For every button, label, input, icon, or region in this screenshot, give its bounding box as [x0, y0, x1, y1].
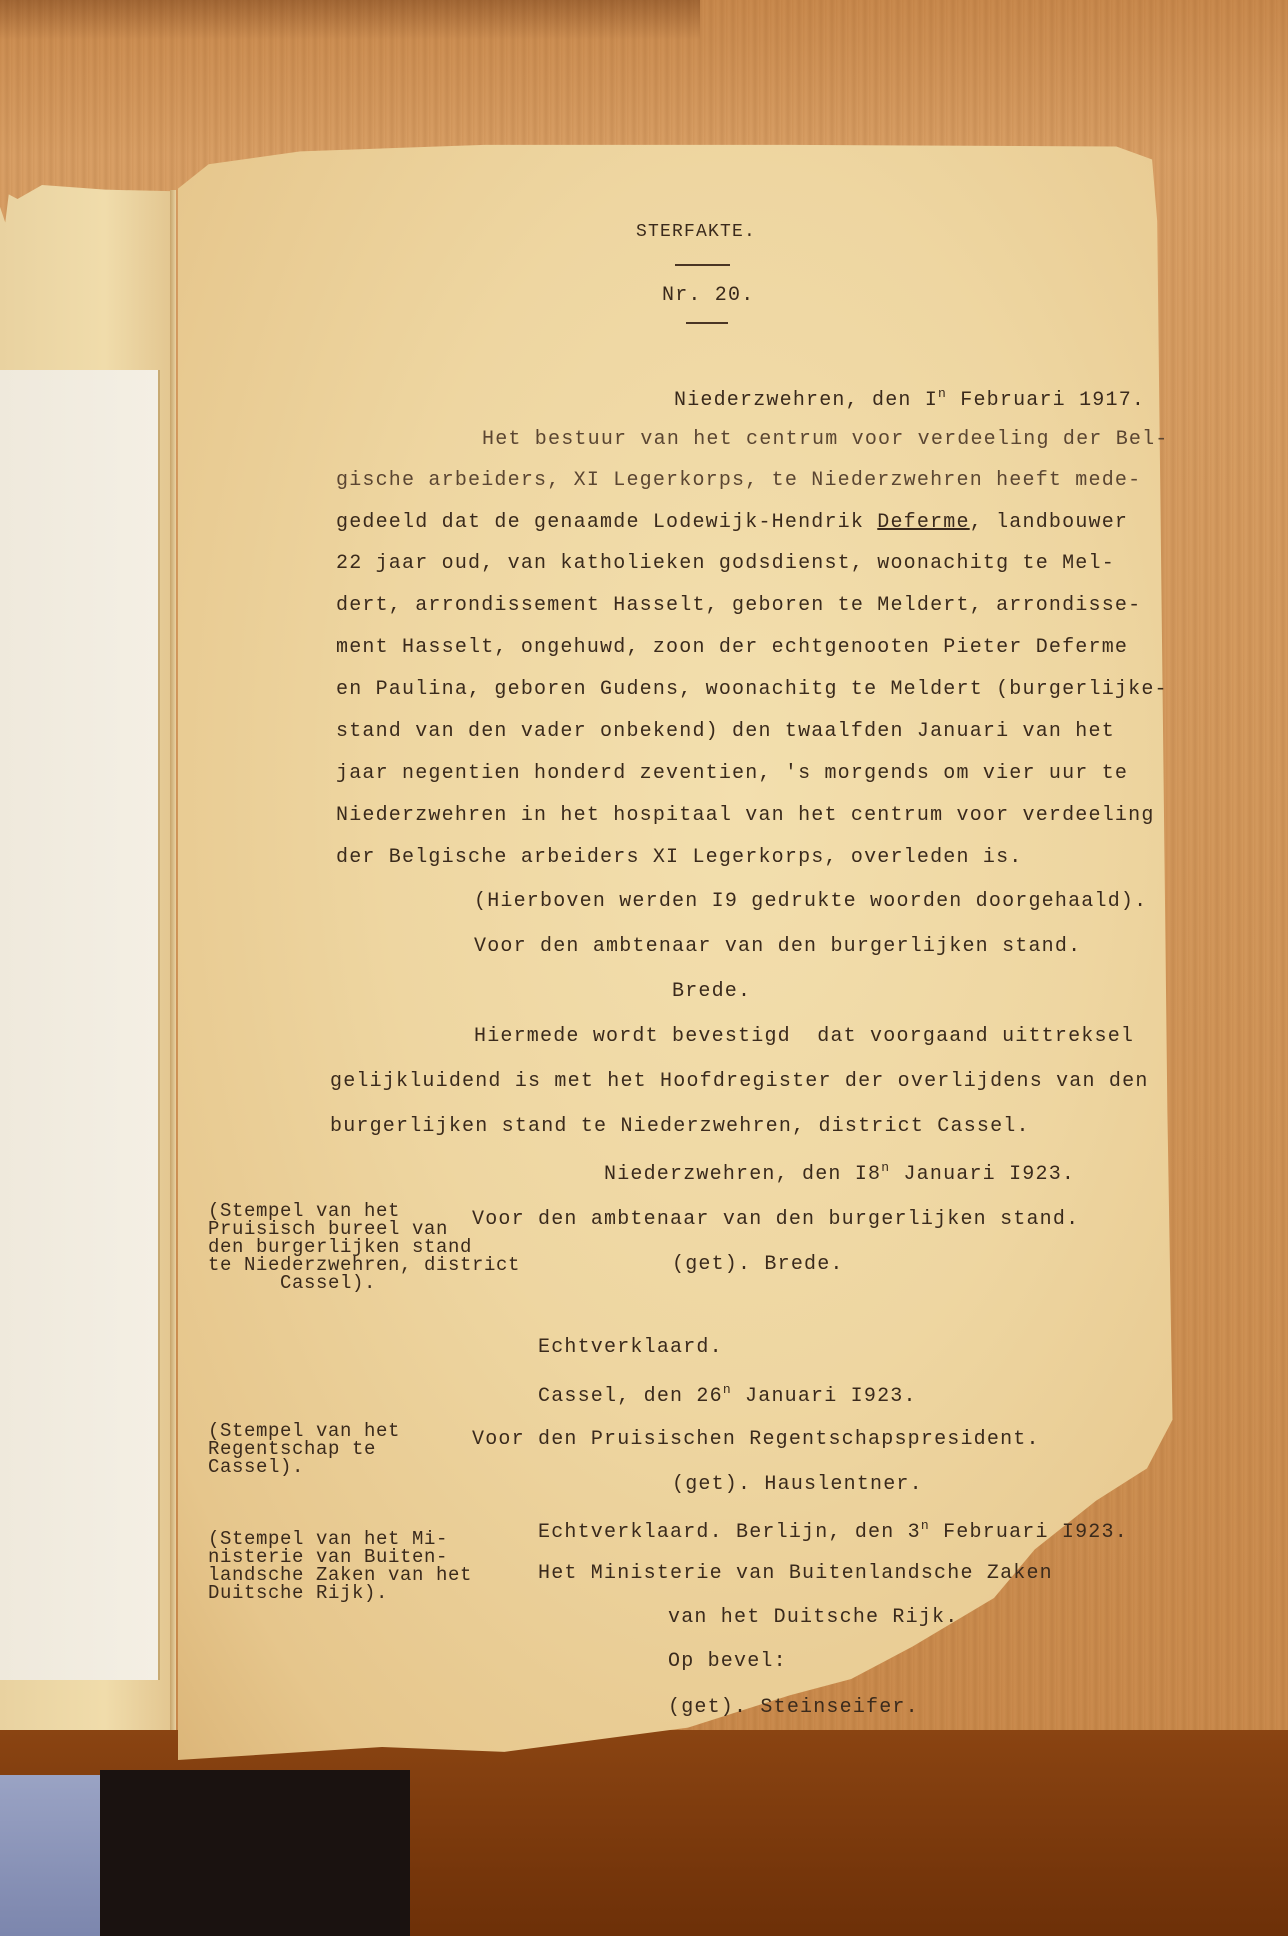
certification-line: Hiermede wordt bevestigd dat voorgaand u…	[474, 1025, 1134, 1048]
signature-hauslentner: (get). Hauslentner.	[672, 1473, 923, 1496]
body-line: 22 jaar oud, van katholieken godsdienst,…	[336, 552, 1115, 575]
ministry-line-1: Het Ministerie van Buitenlandsche Zaken	[538, 1562, 1053, 1585]
place-date-1923-niederzwehren: Niederzwehren, den I8n Januari I923.	[604, 1160, 1075, 1186]
document-text: STERFAKTE. Nr. 20. Niederzwehren, den In…	[0, 0, 1288, 1936]
body-line: dert, arrondissement Hasselt, geboren te…	[336, 594, 1141, 617]
body-line: en Paulina, geboren Gudens, woonachitg t…	[336, 678, 1168, 701]
legalized-2-berlin: Echtverklaard. Berlijn, den 3n Februari …	[538, 1518, 1128, 1544]
title-rule	[675, 264, 730, 266]
stamp-note-2: (Stempel van het Regentschap te Cassel).	[208, 1422, 400, 1476]
surname-underlined: Deferme	[877, 511, 969, 534]
official-line-3: Voor den Pruisischen Regentschapspreside…	[472, 1428, 1040, 1451]
signature-brede: Brede.	[672, 980, 751, 1003]
body-line: Niederzwehren in het hospitaal van het c…	[336, 804, 1155, 827]
body-line: der Belgische arbeiders XI Legerkorps, o…	[336, 846, 1023, 869]
struck-words-note: (Hierboven werden I9 gedrukte woorden do…	[474, 890, 1147, 913]
body-line: jaar negentien honderd zeventien, 's mor…	[336, 762, 1128, 785]
body-line: gedeeld dat de genaamde Lodewijk-Hendrik…	[336, 511, 1128, 534]
ministry-line-2: van het Duitsche Rijk.	[668, 1606, 958, 1629]
body-line: stand van den vader onbekend) den twaalf…	[336, 720, 1115, 743]
place-date-1917: Niederzwehren, den In Februari 1917.	[674, 386, 1145, 412]
document-title: STERFAKTE.	[636, 222, 756, 242]
body-line: gische arbeiders, XI Legerkorps, te Nied…	[336, 469, 1141, 492]
stamp-note-3: (Stempel van het Mi- nisterie van Buiten…	[208, 1530, 472, 1602]
signature-steinseifer: (get). Steinseifer.	[668, 1696, 919, 1719]
signature-get-brede: (get). Brede.	[672, 1253, 844, 1276]
official-line-2: Voor den ambtenaar van den burgerlijken …	[472, 1208, 1079, 1231]
official-line-1: Voor den ambtenaar van den burgerlijken …	[474, 935, 1081, 958]
certification-line: gelijkluidend is met het Hoofdregister d…	[330, 1070, 1149, 1093]
body-line: ment Hasselt, ongehuwd, zoon der echtgen…	[336, 636, 1128, 659]
place-date-1923-cassel: Cassel, den 26n Januari I923.	[538, 1382, 917, 1408]
certification-line: burgerlijken stand te Niederzwehren, dis…	[330, 1115, 1030, 1138]
legalized-1: Echtverklaard.	[538, 1336, 723, 1359]
document-number: Nr. 20.	[662, 284, 754, 307]
order-line: Op bevel:	[668, 1650, 787, 1673]
number-rule	[686, 322, 728, 324]
body-line: Het bestuur van het centrum voor verdeel…	[482, 428, 1169, 451]
